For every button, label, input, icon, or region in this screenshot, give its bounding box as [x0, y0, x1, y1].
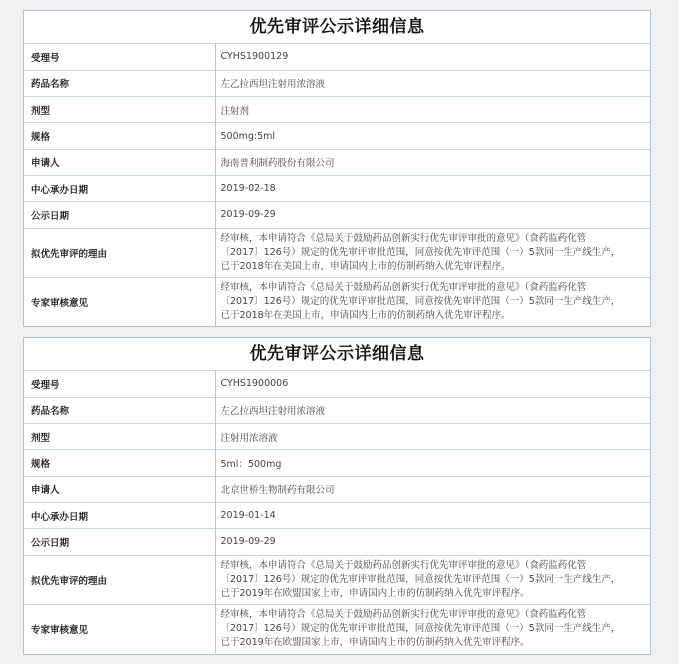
field-label: 中心承办日期 [24, 175, 215, 201]
field-label: 申请人 [24, 149, 215, 175]
field-label: 规格 [24, 123, 215, 149]
field-value: 左乙拉西坦注射用浓溶液 [215, 70, 650, 96]
row-center-handling-date: 中心承办日期 2019-02-18 [24, 175, 650, 201]
field-label: 药品名称 [24, 70, 215, 96]
field-value: CYHS1900006 [215, 371, 650, 397]
field-value: 北京世桥生物制药有限公司 [215, 476, 650, 502]
field-value: 500mg:5ml [215, 123, 650, 149]
panel-title: 优先审评公示详细信息 [24, 338, 650, 371]
field-value: 5ml：500mg [215, 450, 650, 476]
field-value: 2019-09-29 [215, 529, 650, 555]
field-label: 拟优先审评的理由 [24, 555, 215, 604]
field-value: 2019-01-14 [215, 502, 650, 528]
field-label: 专家审核意见 [24, 604, 215, 653]
field-value: 经审核，本申请符合《总局关于鼓励药品创新实行优先审评审批的意见》（食药监药化管 … [215, 555, 650, 604]
field-label: 公示日期 [24, 529, 215, 555]
field-label: 申请人 [24, 476, 215, 502]
field-label: 受理号 [24, 44, 215, 70]
field-value: CYHS1900129 [215, 44, 650, 70]
page: 优先审评公示详细信息 受理号 CYHS1900129 药品名称 左乙拉西坦注射用… [0, 0, 679, 664]
field-label: 药品名称 [24, 397, 215, 423]
row-specification: 规格 5ml：500mg [24, 450, 650, 476]
row-publication-date: 公示日期 2019-09-29 [24, 202, 650, 228]
field-label: 剂型 [24, 424, 215, 450]
field-value: 2019-02-18 [215, 175, 650, 201]
row-acceptance-number: 受理号 CYHS1900129 [24, 44, 650, 70]
row-publication-date: 公示日期 2019-09-29 [24, 529, 650, 555]
row-dosage-form: 剂型 注射剂 [24, 97, 650, 123]
record-panel-1: 优先审评公示详细信息 受理号 CYHS1900129 药品名称 左乙拉西坦注射用… [23, 10, 651, 327]
row-expert-opinion: 专家审核意见 经审核，本申请符合《总局关于鼓励药品创新实行优先审评审批的意见》（… [24, 604, 650, 653]
row-priority-reason: 拟优先审评的理由 经审核，本申请符合《总局关于鼓励药品创新实行优先审评审批的意见… [24, 228, 650, 277]
field-value: 经审核，本申请符合《总局关于鼓励药品创新实行优先审评审批的意见》（食药监药化管 … [215, 277, 650, 326]
detail-table: 受理号 CYHS1900006 药品名称 左乙拉西坦注射用浓溶液 剂型 注射用浓… [24, 371, 650, 653]
row-drug-name: 药品名称 左乙拉西坦注射用浓溶液 [24, 397, 650, 423]
field-label: 拟优先审评的理由 [24, 228, 215, 277]
row-specification: 规格 500mg:5ml [24, 123, 650, 149]
field-value: 经审核，本申请符合《总局关于鼓励药品创新实行优先审评审批的意见》（食药监药化管 … [215, 228, 650, 277]
field-value: 左乙拉西坦注射用浓溶液 [215, 397, 650, 423]
field-label: 剂型 [24, 97, 215, 123]
field-value: 海南普利制药股份有限公司 [215, 149, 650, 175]
row-applicant: 申请人 北京世桥生物制药有限公司 [24, 476, 650, 502]
panel-title: 优先审评公示详细信息 [24, 11, 650, 44]
row-acceptance-number: 受理号 CYHS1900006 [24, 371, 650, 397]
record-panel-2: 优先审评公示详细信息 受理号 CYHS1900006 药品名称 左乙拉西坦注射用… [23, 337, 651, 655]
field-label: 规格 [24, 450, 215, 476]
field-value: 经审核，本申请符合《总局关于鼓励药品创新实行优先审评审批的意见》（食药监药化管 … [215, 604, 650, 653]
row-expert-opinion: 专家审核意见 经审核，本申请符合《总局关于鼓励药品创新实行优先审评审批的意见》（… [24, 277, 650, 326]
row-applicant: 申请人 海南普利制药股份有限公司 [24, 149, 650, 175]
field-value: 2019-09-29 [215, 202, 650, 228]
row-dosage-form: 剂型 注射用浓溶液 [24, 424, 650, 450]
field-label: 公示日期 [24, 202, 215, 228]
row-drug-name: 药品名称 左乙拉西坦注射用浓溶液 [24, 70, 650, 96]
row-center-handling-date: 中心承办日期 2019-01-14 [24, 502, 650, 528]
field-label: 专家审核意见 [24, 277, 215, 326]
field-value: 注射用浓溶液 [215, 424, 650, 450]
field-value: 注射剂 [215, 97, 650, 123]
field-label: 中心承办日期 [24, 502, 215, 528]
field-label: 受理号 [24, 371, 215, 397]
detail-table: 受理号 CYHS1900129 药品名称 左乙拉西坦注射用浓溶液 剂型 注射剂 … [24, 44, 650, 326]
row-priority-reason: 拟优先审评的理由 经审核，本申请符合《总局关于鼓励药品创新实行优先审评审批的意见… [24, 555, 650, 604]
